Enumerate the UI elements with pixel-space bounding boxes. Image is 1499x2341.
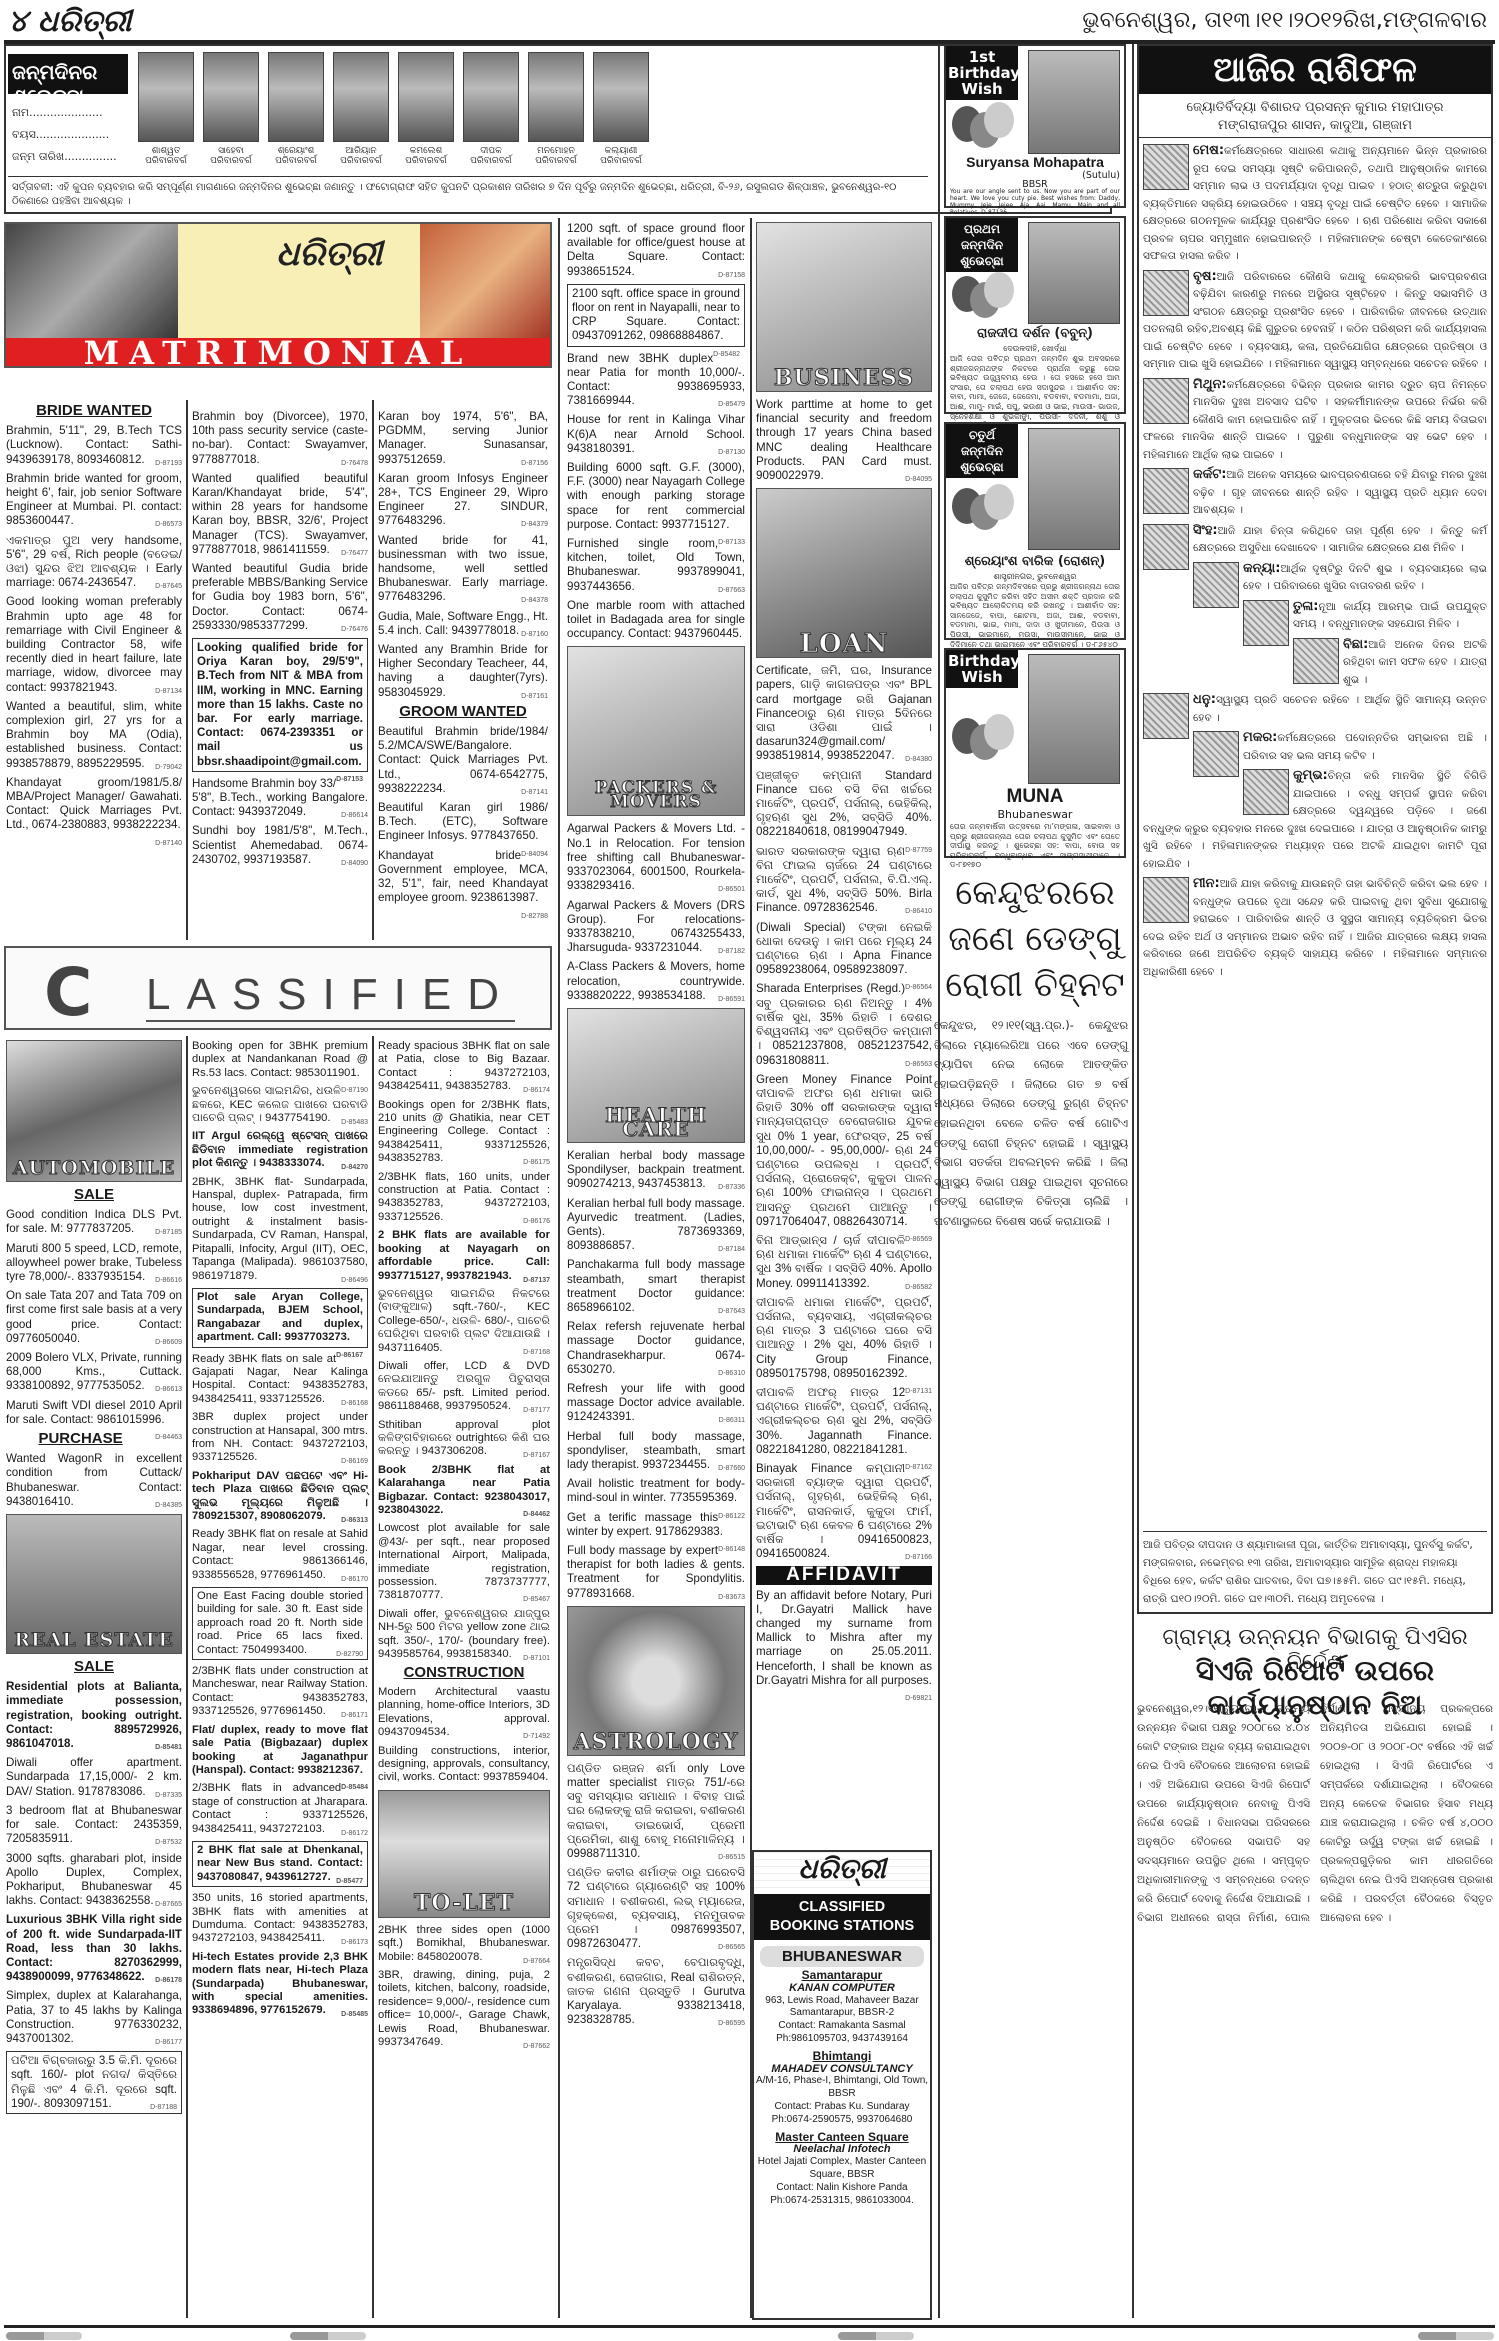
ad-text: Looking qualified bride for Oriya Karan … [197, 641, 363, 768]
classified-ad-boxed: 2100 sqft. office space in ground floor … [567, 284, 745, 347]
station-address: Hotel Jajati Complex, Master Canteen Squ… [754, 2156, 930, 2182]
ad-text: Luxurious 3BHK Villa right side of 200 f… [6, 1913, 182, 1983]
ad-code: D-87137 [523, 1274, 550, 1287]
classified-ad: 2BHK, 3BHK flat- Sundarpada, Hanspal, du… [192, 1176, 368, 1283]
classified-ad: Diwali offer, ଭୁବନେଶ୍ୱରର ଯାଜ୍ପୁର NH-5ରୁ … [378, 1608, 550, 1662]
classified-ad: Khandayat groom/1981/5.8/ MBA/Project Ma… [6, 776, 182, 833]
ad-code: D-87101 [523, 1652, 550, 1665]
wish-message: ଆଜିର ପବିତ୍ର ଜନ୍ମଦିବସରେ ପ୍ରଭୁ ଶ୍ରୀଜଗନ୍ନାଥ… [950, 582, 1120, 649]
ad-text: Good looking woman preferably Brahmin up… [6, 595, 182, 693]
wish-code: D-87136 [981, 209, 1007, 216]
construction-heading: CONSTRUCTION [378, 1666, 550, 1679]
horoscope-gemini: ମିଥୁନ:କର୍ମକ୍ଷେତ୍ରରେ ବିଭିନ୍ନ ପ୍ରକାର କାମର … [1143, 376, 1487, 465]
ad-text: Green Money Finance Point ଦୀପାବଳି ଅଫର ଋଣ… [756, 1073, 932, 1228]
to-let-banner: TO-LET [378, 1790, 550, 1918]
sign-name: ମକର: [1243, 730, 1277, 745]
ad-code: D-82788 [521, 910, 548, 924]
ad-code: D-84095 [905, 473, 932, 487]
classified-ad: 3BR duplex project under construction at… [192, 1411, 368, 1465]
kid-card: ଶ୍ରେୟାଂଶପରିବାରବର୍ଗ [268, 52, 324, 166]
sign-name: ମେଷ: [1193, 143, 1224, 158]
birthday-wish-card: Birthday Wish MUNA Bhubaneswar ତୋର ଜନ୍ମବ… [944, 648, 1126, 858]
ad-code: D-87133 [718, 536, 745, 550]
ad-code: D-86613 [155, 1383, 182, 1397]
business-banner: BUSINESS [756, 222, 932, 392]
classified-ad: 2/3BHK flats, 160 units, under construct… [378, 1171, 550, 1225]
sign-name: ତୁଳା: [1293, 599, 1319, 614]
ad-text: ମନ୍ତ୍ରସିଦ୍ଧ କବଚ, ବେପାରବୃଦ୍ଧି, ବଶୀକରଣ, ରୋ… [567, 1956, 745, 2026]
column-divider [372, 400, 374, 940]
kid-photo [138, 52, 194, 142]
wish-name: ରାଜଦୀପ ଦର୍ଶନ (ବବୁନ୍) [948, 326, 1122, 341]
classified-ad: Wanted any Bramhin Bride for Higher Seco… [378, 643, 548, 700]
ad-text: Wanted beautiful Gudia bride preferable … [192, 562, 368, 632]
kid-name: ଶାଶ୍ୱତ [138, 146, 194, 156]
dharitri-logo: ଧରିତ୍ରୀ [754, 1852, 930, 1894]
ad-code: D-87663 [718, 584, 745, 598]
column-divider [186, 1036, 188, 2318]
ad-code: D-86591 [718, 993, 745, 1007]
ad-text: Work parttime at home to get financial s… [756, 398, 932, 482]
classified-ad: Building 6000 sqft. G.F. (3000), F.F. (3… [567, 461, 745, 532]
classified-ad: Certificate, ଜମି, ଘର, Insurance papers, … [756, 664, 932, 763]
sign-text: ଆଜି ପରିବାରରେ କୌଣସି କଥାକୁ କେନ୍ଦ୍ରକରି ଭାବପ… [1143, 271, 1487, 371]
kid-card: କମଲେଶପରିବାରବର୍ଗ [398, 52, 454, 166]
ad-code: D-84378 [521, 594, 548, 608]
birthday-strip-title: ଜନ୍ମଦିନର ଶୁଭେଚ୍ଛା [8, 54, 128, 94]
wish-tag: 1st Birthday Wish [946, 46, 1018, 100]
ad-code: D-83673 [718, 1591, 745, 1605]
classified-ad: 2/3BHK flats under construction at Manch… [192, 1665, 368, 1719]
ad-code: D-69821 [905, 1692, 932, 1706]
classified-ad: One marble room with attached toilet in … [567, 599, 745, 642]
kid-name: ଆରିୟାନ [333, 146, 389, 156]
ad-code: D-79042 [155, 761, 182, 775]
ad-code: D-86313 [341, 1514, 368, 1527]
sign-name: କନ୍ୟା: [1243, 561, 1280, 576]
ad-text: ପଣ୍ଡିତ କବୀର ଶର୍ମାଙ୍କ ଠାରୁ ଘରେବସି 72 ଘଣ୍ଟ… [567, 1866, 745, 1950]
classified-ad: Hi-tech Estates provide 2,3 BHK modern f… [192, 1951, 368, 2018]
matrimonial-col-1: BRIDE WANTED Brahmin, 5'11", 29, B.Tech … [6, 400, 182, 851]
author-name: ଜ୍ୟୋତିର୍ବିଦ୍ୟା ବିଶାରଦ ପ୍ରସନ୍ନ କୁମାର ମହାପ… [1139, 99, 1491, 117]
page-nav-pill[interactable] [290, 2332, 366, 2340]
ad-code: D-86573 [155, 518, 182, 532]
ad-code: D-86173 [341, 1936, 368, 1949]
ad-code: D-87660 [718, 1462, 745, 1476]
station-company: KANAN COMPUTER [754, 1982, 930, 1995]
ad-code: D-86172 [341, 1827, 368, 1840]
ad-code: D-85477 [336, 1875, 363, 1888]
kid-name: କଲ୍ୟାଣୀ [593, 146, 649, 156]
balloons-icon [950, 268, 1020, 320]
classified-ad: ପଣ୍ଡିତ କବୀର ଶର୍ମାଙ୍କ ଠାରୁ ଘରେବସି 72 ଘଣ୍ଟ… [567, 1866, 745, 1951]
classified-ad: Relax refersh rejuvenate herbal massage … [567, 1320, 745, 1377]
booking-stations-box: ଧରିତ୍ରୀ CLASSIFIEDBOOKING STATIONS BHUBA… [752, 1850, 932, 2320]
ad-code: D-84090 [341, 857, 368, 871]
banner-label: TO-LET [379, 1897, 549, 1910]
kid-photo [203, 52, 259, 142]
ad-code: D-86565 [718, 1941, 745, 1955]
ad-code: D-87335 [155, 1789, 182, 1803]
classified-ad: ପଞ୍ଜୀକୃତ କମ୍ପାନୀ Standard Finance ଘରେ ବସ… [756, 769, 932, 840]
classified-ad: Booking open for 3BHK premium duplex at … [192, 1040, 368, 1080]
ad-text: Lowcost plot available for sale @43/- pe… [378, 1522, 550, 1601]
ad-code: D-86501 [718, 883, 745, 897]
classified-ad: Good looking woman preferably Brahmin up… [6, 595, 182, 694]
ad-text: Avail holistic treatment for body-mind-s… [567, 1477, 745, 1504]
kid-family: ପରିବାରବର୍ଗ [268, 156, 324, 166]
coupon-dob-field: ଜନ୍ମ ତାରିଖ............... [12, 146, 128, 168]
sign-text: ଆଜି ଅନେକ ସମୟରେ ଭାବପ୍ରବଣତାରେ ବହି ଯିବାରୁ ମ… [1193, 469, 1487, 516]
horoscope-box: ଆଜିର ରାଶିଫଳ ଜ୍ୟୋତିର୍ବିଦ୍ୟା ବିଶାରଦ ପ୍ରସନ୍… [1137, 44, 1493, 1614]
classified-ad: Agarwal Packers & Movers Ltd. - No.1 in … [567, 822, 745, 893]
matrimonial-title: MATRIMONIAL [6, 338, 550, 366]
ad-code: D-87184 [718, 1243, 745, 1257]
ad-code: D-86122 [718, 1510, 745, 1524]
ad-text: Certificate, ଜମି, ଘର, Insurance papers, … [756, 664, 932, 762]
classified-ad: Maruti 800 5 speed, LCD, remote, alloywh… [6, 1242, 182, 1285]
kid-family: ପରିବାରବର୍ଗ [593, 156, 649, 166]
sign-name: ଧନୁ: [1193, 692, 1216, 707]
kid-card: ଆରିୟାନପରିବାରବର୍ଗ [333, 52, 389, 166]
balloons-icon [950, 710, 1020, 762]
automobile-banner: AUTOMOBILE [6, 1040, 182, 1182]
ad-code: D-84380 [905, 753, 932, 767]
classified-ad: Wanted WagonR in excellent condition fro… [6, 1452, 182, 1509]
dateline: ଭୁବନେଶ୍ୱର, ତା୧୩।୧୧।୨୦୧୨ରିଖ,ମଙ୍ଗଳବାର [1082, 8, 1487, 33]
wish-place: ଦେଉଳଦୀହି, ଖୋର୍ଦ୍ଧା [950, 344, 1120, 354]
ad-code: D-87645 [155, 580, 182, 594]
classified-ad: Avail holistic treatment for body-mind-s… [567, 1477, 745, 1505]
column-divider [750, 218, 752, 2318]
ad-code: D-87156 [521, 457, 548, 471]
page-nav-pill-left[interactable] [6, 2332, 82, 2340]
classified-ad: ଭୁବନେଶ୍ୱର ସାଇମନ୍ଦିର ନିକଟରେ (ବାଙ୍କୁଆଳ) sq… [378, 1288, 550, 1355]
classified-ad: Keralian herbal body massage Spondilyser… [567, 1149, 745, 1192]
wish-message-text: ତୋର ଜନ୍ମବାର୍ଷିକୀ ଉତ୍ସବରେ ମା’ମଙ୍ଗଳା, ସାଇବ… [950, 822, 1120, 860]
footer-rule [4, 2325, 1495, 2328]
ad-code: D-86496 [341, 1274, 368, 1287]
horoscope-title: ଆଜିର ରାଶିଫଳ [1139, 46, 1491, 94]
ad-code: D-87177 [523, 1404, 550, 1417]
ad-code: D-85482 [713, 348, 740, 362]
ad-code: D-86168 [341, 1397, 368, 1410]
coupon-name-field: ନାମ..................... [12, 102, 128, 124]
column-divider [938, 44, 940, 2318]
station-name: Master Canteen Square [754, 2131, 930, 2144]
ad-code: D-87662 [523, 2040, 550, 2053]
ad-code: D-86310 [718, 1367, 745, 1381]
wish-tag: Birthday Wish [946, 650, 1018, 688]
sign-name: ମୀନ: [1193, 876, 1220, 891]
real-estate-banner: REAL ESTATE [6, 1514, 182, 1654]
kid-family: ପରିବାରବର୍ଗ [333, 156, 389, 166]
birthday-wish-card: 1st Birthday Wish Suryansa Mohapatra (Su… [944, 44, 1126, 208]
rent-column: 1200 sqft. of space ground floor availab… [567, 222, 745, 2032]
ad-code: D-87193 [155, 457, 182, 471]
ad-code: D-84379 [521, 518, 548, 532]
station-contact: Contact: Prabas Ku. Sundaray [754, 2101, 930, 2114]
ad-text: Wanted bride for 41, businessman with tw… [378, 534, 548, 604]
ad-code: D-86174 [523, 1084, 550, 1097]
wish-message: ଆଜି ତୋର ପବିତ୍ର ପ୍ରଥମ ଜନ୍ମଦିନ ଶୁଭ ଅବସରରେ … [950, 354, 1120, 431]
ad-code: D-86170 [341, 1573, 368, 1586]
ad-text: Wanted qualified beautiful Karan/Khanday… [192, 472, 368, 556]
ad-text: One marble room with attached toilet in … [567, 599, 745, 640]
classified-col-1: AUTOMOBILE SALE Good condition Indica DL… [6, 1040, 182, 2119]
classified-ad: Karan boy 1974, 5'6", BA, PGDMM, serving… [378, 410, 548, 467]
kid-card: କଲ୍ୟାଣୀପରିବାରବର୍ଗ [593, 52, 649, 166]
booking-station: SamantarapurKANAN COMPUTER963, Lewis Roa… [754, 1969, 930, 2046]
station-contact: Contact: Nalin Kishore Panda [754, 2182, 930, 2195]
sign-text: ଚିନ୍ତା କରି ମାନସିକ ସ୍ଥିତି ବିଗିଡି ଯାଇପାରେ … [1143, 770, 1487, 870]
ad-text: Maruti Swift VDI diesel 2010 April for s… [6, 1399, 182, 1426]
ad-code: D-84462 [523, 1508, 550, 1521]
wish-photo [1028, 50, 1120, 154]
ad-code: D-86311 [719, 1414, 745, 1428]
gemini-icon [1143, 378, 1189, 424]
wish-message: ତୋର ଜନ୍ମବାର୍ଷିକୀ ଉତ୍ସବରେ ମା’ମଙ୍ଗଳା, ସାଇବ… [950, 822, 1120, 870]
ad-code: D-84385 [155, 1499, 182, 1513]
ad-code: D-85483 [341, 1116, 368, 1129]
classified-ad: Sthitiban approval plot କଳିଙ୍ଗବିହାରରେ ou… [378, 1419, 550, 1459]
classified-ad: Herbal full body massage, spondyliser, s… [567, 1430, 745, 1473]
ad-code: D-86148 [718, 1543, 745, 1557]
classified-ad: Wanted a beautiful, slim, white complexi… [6, 700, 182, 771]
capricorn-icon [1193, 731, 1239, 777]
birthday-coupon-form: ନାମ..................... ବୟସ............… [12, 102, 128, 168]
finance-column: BUSINESS Work parttime at home to get fi… [756, 222, 932, 1706]
banner-label: LOAN [757, 637, 931, 651]
ad-code: D-86564 [905, 981, 932, 995]
ad-code: D-87134 [155, 685, 182, 699]
classified-ad: 1200 sqft. of space ground floor availab… [567, 222, 745, 279]
kid-card: ମନମୋହନପରିବାରବର୍ଗ [528, 52, 584, 166]
horoscope-sagittarius: ଧନୁ:ସ୍ୱାସ୍ଥ୍ୟ ପ୍ରତି ସଚେତନ ରହିବେ । ଆର୍ଥିକ… [1143, 691, 1487, 727]
matrimonial-banner: ଧରିତ୍ରୀ MATRIMONIAL [4, 222, 552, 368]
ad-code: D-84270 [341, 1161, 368, 1174]
ad-code: D-84094 [521, 848, 548, 862]
leo-icon [1143, 524, 1189, 570]
wish-place: ଶାସ୍ତ୍ରୀନଗର, ଭୁବନେଶ୍ୱର [950, 572, 1120, 582]
ad-code: D-87182 [718, 945, 745, 959]
banner-label: HEALTH CARE [568, 1108, 744, 1136]
page-nav-pill-right[interactable] [1418, 2332, 1494, 2340]
sign-text: ଆର୍ଥିକ ଦୃଷ୍ଟିରୁ ଦିନଟି ଶୁଭ । ବ୍ୟବସାୟରେ ଲା… [1243, 563, 1487, 593]
classified-banner-c: C [44, 954, 92, 1031]
horoscope-taurus: ବୃଷ:ଆଜି ପରିବାରରେ କୌଣସି କଥାକୁ କେନ୍ଦ୍ରକରି … [1143, 268, 1487, 374]
ad-code: D-87131 [905, 1385, 932, 1399]
ad-text: One East Facing double storied building … [197, 1590, 363, 1656]
classified-ad: Flat/ duplex, ready to move flat sale Pa… [192, 1724, 368, 1778]
classified-ad: Lowcost plot available for sale @43/- pe… [378, 1522, 550, 1602]
classified-ad: Pokhariput DAV ପଛପଟେ ଏବଂ Hi-tech Plaza ପ… [192, 1470, 368, 1524]
classified-ad: Refresh your life with good massage Doct… [567, 1382, 745, 1425]
classified-ad: 350 units, 16 storied apartments, 3BHK f… [192, 1892, 368, 1946]
kid-photo [528, 52, 584, 142]
classified-col-3: Ready spacious 3BHK flat on sale at Pati… [378, 1040, 550, 2054]
aquarius-icon [1243, 769, 1289, 815]
wish-name: MUNA [948, 786, 1122, 808]
classified-ad: 2009 Bolero VLX, Private, running 68,000… [6, 1351, 182, 1394]
ad-text: Building 6000 sqft. G.F. (3000), F.F. (3… [567, 461, 745, 531]
booking-station: BhimtangiMAHADEV CONSULTANCYA/M-16, Phas… [754, 2050, 930, 2127]
classified-ad: Beautiful Karan girl 1986/ B.Tech. (ETC)… [378, 801, 548, 844]
booking-city: BHUBANESWAR [760, 1946, 924, 1967]
ad-code: D-87140 [155, 837, 182, 851]
ad-text: ଦୀପାବଳି ଧମାକା ମାର୍କେଟିଂ, ପ୍ରପର୍ଟି, ପର୍ସନ… [756, 1296, 932, 1380]
classified-ad: Residential plots at Balianta, immediate… [6, 1680, 182, 1751]
ad-text: Khandayat groom/1981/5.8/ MBA/Project Ma… [6, 776, 182, 832]
classified-ad: Keralian herbal full body massage. Ayurv… [567, 1197, 745, 1254]
classified-ad: Work parttime at home to get financial s… [756, 398, 932, 483]
ad-code: D-86175 [523, 1156, 550, 1169]
ad-code: D-85481 [155, 1741, 182, 1755]
classified-ad: ଦୀପାବଳି ଧମାକା ମାର୍କେଟିଂ, ପ୍ରପର୍ଟି, ପର୍ସନ… [756, 1296, 932, 1381]
classified-ad: Building constructions, interior, design… [378, 1745, 550, 1785]
classified-ad-featured: Plot sale Aryan College, Sundarpada, BJE… [192, 1288, 368, 1348]
classified-ad: (Diwali Special) ଟଙ୍କା ନେଇକି ଧୋକା ଦେଉନୁ … [756, 921, 932, 978]
virgo-icon [1193, 562, 1239, 608]
ad-text: Booking open for 3BHK premium duplex at … [192, 1040, 368, 1079]
ad-code: D-86169 [341, 1455, 368, 1468]
classified-ad: 2 BHK flats are available for booking at… [378, 1229, 550, 1283]
kid-family: ପରିବାରବର୍ଗ [203, 156, 259, 166]
ad-code: D-87168 [523, 1346, 550, 1359]
ad-code: D-87188 [150, 2101, 177, 2115]
sign-text: ଆଜି ଯାହା କରିବାକୁ ଯାଉଛନ୍ତି ତାହା ଭାବିଚିନ୍ତ… [1143, 878, 1487, 978]
classified-ad-featured: 2 BHK flat sale at Dhenkanal, near New B… [192, 1841, 368, 1887]
ad-code: D-86171 [341, 1709, 368, 1722]
ad-code: D-86178 [155, 1974, 182, 1988]
kid-name: ସାହେବା [203, 146, 259, 156]
booking-heading: CLASSIFIEDBOOKING STATIONS [754, 1894, 930, 1940]
author-place: ମଙ୍ଗରାଜପୁର ଶାସନ, କାଦୁଆ, ଗଞ୍ଜାମ [1139, 117, 1491, 135]
column-divider [558, 218, 560, 2318]
kid-photo [398, 52, 454, 142]
ad-code: D-85467 [523, 1593, 550, 1606]
classified-ad: IIT Argul ରେଲ୍‌ୱେ ଷ୍ଟେସନ୍ ପାଖରେ ଛିଡିବାନ … [192, 1130, 368, 1170]
balloons-icon [950, 480, 1020, 532]
ad-code: D-76477 [341, 547, 368, 561]
ad-text: Flat/ duplex, ready to move flat sale Pa… [192, 1724, 368, 1776]
ad-text: 3BR, drawing, dining, puja, 2 toilets, k… [378, 1969, 550, 2048]
affidavit-notice: By an affidavit before Notary, Puri I, D… [756, 1589, 932, 1688]
ad-code: D-87161 [521, 690, 548, 704]
wish-message-text: ଆଜି ତୋର ପବିତ୍ର ପ୍ରଥମ ଜନ୍ମଦିନ ଶୁଭ ଅବସରରେ … [950, 354, 1120, 430]
matrimonial-col-2: Brahmin boy (Divorcee), 1970, 10th pass … [192, 410, 368, 872]
sign-name: ମିଥୁନ: [1193, 377, 1227, 392]
classified-ad: ମନ୍ତ୍ରସିଦ୍ଧ କବଚ, ବେପାରବୃଦ୍ଧି, ବଶୀକରଣ, ରୋ… [567, 1956, 745, 2027]
sign-text: ଆଜି ଯାହା ଚିନ୍ତା କରିଥିବେ ତାହା ପୂର୍ଣ୍ଣ ହେବ… [1193, 525, 1487, 555]
kid-photo [463, 52, 519, 142]
ad-code: D-87759 [905, 844, 932, 858]
ad-code: D-87160 [521, 628, 548, 642]
classified-ad: 3 bedroom flat at Bhubaneswar for sale. … [6, 1804, 182, 1847]
ad-code: D-87643 [718, 1305, 745, 1319]
classified-ad: Gudia, Male, Software Engg., Ht. 5.4 inc… [378, 610, 548, 638]
classified-ad: Ready 3BHK flat on resale at Sahid Nagar… [192, 1528, 368, 1582]
kid-name: ମନମୋହନ [528, 146, 584, 156]
station-company: MAHADEV CONSULTANCY [754, 2063, 930, 2076]
classified-ad: Agarwal Packers & Movers (DRS Group). Fo… [567, 899, 745, 956]
sagittarius-icon [1143, 693, 1189, 739]
page-nav-pill[interactable] [838, 2332, 914, 2340]
ad-code: D-87130 [718, 446, 745, 460]
dengue-story-body: କେନ୍ଦୁଝର, ୧୨।୧୧(ସ୍ୱ.ପ୍ର.)- କେନ୍ଦୁଝର ଜିଲା… [934, 1016, 1128, 1232]
classified-ad: Modern Architectural vaastu planning, ho… [378, 1686, 550, 1740]
bride-photo [420, 224, 550, 342]
ad-code: D-82790 [336, 1648, 363, 1661]
classified-ad-boxed: ପଟିଆ ବିଗ୍‌ବଜାରରୁ 3.5 କି.ମି. ଦୂରରେ sqft. … [6, 2051, 182, 2114]
ad-code: D-87336 [718, 1181, 745, 1195]
coupon-age-field: ବୟସ..................... [12, 124, 128, 146]
ad-code: D-76476 [341, 623, 368, 637]
ad-code: D-87162 [905, 1461, 932, 1475]
scorpio-icon [1293, 638, 1339, 684]
classified-ad: Simplex, duplex at Kalarahanga, Patia, 3… [6, 1989, 182, 2046]
classified-ad: Beautiful Brahmin bride/1984/ 5.2/MCA/SW… [378, 725, 548, 796]
ad-code: D-86595 [718, 2017, 745, 2031]
banner-label: AUTOMOBILE [7, 1161, 181, 1175]
wish-name: ଶ୍ରେୟାଂଶ ବାରିକ (ରୋଶନ୍) [948, 554, 1122, 569]
ad-text: Binayak Finance କମ୍ପାନୀ ସରକାରୀ ବ୍ୟାଙ୍କ ଦ… [756, 1462, 932, 1560]
horoscope-author: ଜ୍ୟୋତିର୍ବିଦ୍ୟା ବିଶାରଦ ପ୍ରସନ୍ନ କୁମାର ମହାପ… [1139, 96, 1491, 138]
birthday-terms: ସର୍ତ୍ତାବଳୀ: ଏହି କୁପନ ବ୍ୟବହାର କରି ସମ୍ପୂର୍… [8, 176, 928, 213]
classified-ad: House for rent in Kalinga Vihar K(6)A ne… [567, 413, 745, 456]
wish-message-text: You are our angle sent to us. Now you ar… [950, 188, 1120, 216]
kid-name: ଦୀପକ [463, 146, 519, 156]
groom-wanted-heading: GROOM WANTED [378, 705, 548, 719]
balloons-icon [950, 98, 1020, 150]
kid-family: ପରିବାରବର୍ଗ [528, 156, 584, 166]
ad-text: Agarwal Packers & Movers Ltd. - No.1 in … [567, 822, 745, 892]
horoscope-virgo: କନ୍ୟା:ଆର୍ଥିକ ଦୃଷ୍ଟିରୁ ଦିନଟି ଶୁଭ । ବ୍ୟବସା… [1143, 560, 1487, 596]
wish-photo [1028, 428, 1120, 550]
bride-wanted-heading: BRIDE WANTED [6, 404, 182, 418]
classified-ad: Green Money Finance Point ଦୀପାବଳି ଅଫର ଋଣ… [756, 1073, 932, 1229]
classified-ad: ଏକମାତ୍ର ପୁଅ very handsome, 5'6", 29 ବର୍ଷ… [6, 534, 182, 591]
station-company: Neelachal Infotech [754, 2143, 930, 2156]
ad-text: ପଣ୍ଡିତ ରଞ୍ଜନ ଶର୍ମା only Love matter spec… [567, 1762, 745, 1860]
ad-code: D-86410 [905, 905, 932, 919]
column-divider [1132, 44, 1134, 2318]
ad-code: D-87532 [155, 1836, 182, 1850]
kid-card: ଦୀପକପରିବାରବର୍ଗ [463, 52, 519, 166]
ad-text: Beautiful Karan girl 1986/ B.Tech. (ETC)… [378, 801, 548, 842]
aries-icon [1143, 144, 1189, 190]
banner-label: REAL ESTATE [7, 1633, 181, 1647]
station-phone: Ph:0674-2590575, 9937064680 [754, 2114, 930, 2127]
banner-label: PACKERS & MOVERS [568, 781, 744, 809]
classified-ad: Brahmin, 5'11", 29, B.Tech TCS (Lucknow)… [6, 424, 182, 467]
sign-name: ବିଛା: [1343, 637, 1368, 652]
classified-ad: Ready spacious 3BHK flat on sale at Pati… [378, 1040, 550, 1094]
station-name: Bhimtangi [754, 2050, 930, 2063]
booking-heading-line-2: BOOKING STATIONS [754, 1917, 930, 1936]
classified-ad: Diwali offer apartment. Sundarpada 17,15… [6, 1756, 182, 1799]
classified-banner: C LASSIFIED [4, 946, 552, 1030]
ad-code: D-87166 [905, 1551, 932, 1565]
classified-ad: Brahmin bride wanted for groom, height 6… [6, 472, 182, 529]
booking-station: Master Canteen SquareNeelachal InfotechH… [754, 2131, 930, 2208]
classified-ad: Wanted beautiful Gudia bride preferable … [192, 562, 368, 633]
ad-code: D-86167 [336, 1349, 363, 1362]
banner-label: ASTROLOGY [568, 1735, 744, 1749]
sale-heading: SALE [6, 1188, 182, 1202]
column-divider [372, 1036, 374, 2318]
kid-card: ଶାଶ୍ୱତପରିବାରବର୍ଗ [138, 52, 194, 166]
